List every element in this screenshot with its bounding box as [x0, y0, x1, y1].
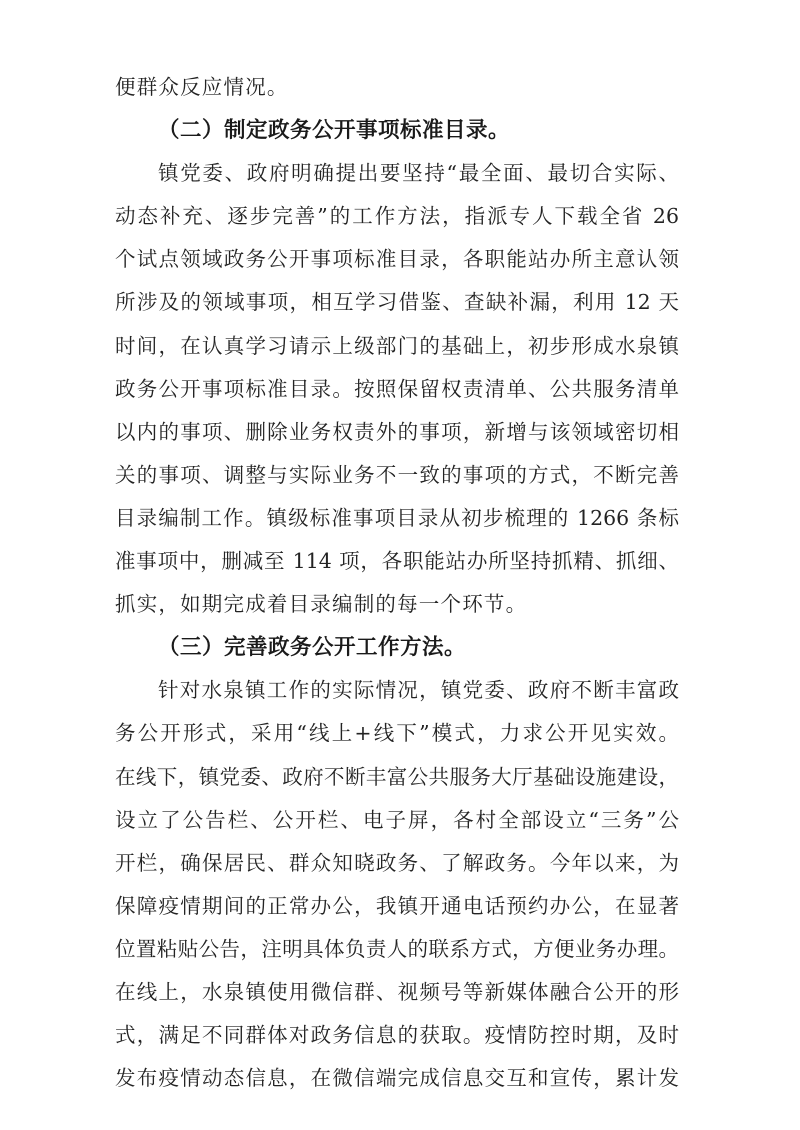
body-line: 位置粘贴公告，注明具体负责人的联系方式，方便业务办理。 [115, 928, 679, 971]
body-line: 便群众反应情况。 [115, 66, 679, 109]
body-line: 开栏，确保居民、群众知晓政务、了解政务。今年以来，为 [115, 842, 679, 885]
body-line: 目录编制工作。镇级标准事项目录从初步梳理的 1266 条标 [115, 497, 679, 540]
body-line: 关的事项、调整与实际业务不一致的事项的方式，不断完善 [115, 454, 679, 497]
body-line: 发布疫情动态信息，在微信端完成信息交互和宣传，累计发 [115, 1057, 679, 1100]
body-line: 保障疫情期间的正常办公，我镇开通电话预约办公，在显著 [115, 885, 679, 928]
text-block: 便群众反应情况。（二）制定政务公开事项标准目录。镇党委、政府明确提出要坚持“最全… [115, 66, 679, 1100]
body-line: 在线上，水泉镇使用微信群、视频号等新媒体融合公开的形 [115, 971, 679, 1014]
body-line: 动态补充、逐步完善”的工作方法，指派专人下载全省 26 [115, 195, 679, 238]
document-page: 便群众反应情况。（二）制定政务公开事项标准目录。镇党委、政府明确提出要坚持“最全… [0, 0, 800, 1130]
body-line: 镇党委、政府明确提出要坚持“最全面、最切合实际、 [115, 152, 679, 195]
body-line: 时间，在认真学习请示上级部门的基础上，初步形成水泉镇 [115, 325, 679, 368]
body-line: 在线下，镇党委、政府不断丰富公共服务大厅基础设施建设， [115, 756, 679, 799]
body-line: 以内的事项、删除业务权责外的事项，新增与该领域密切相 [115, 411, 679, 454]
body-line: 设立了公告栏、公开栏、电子屏，各村全部设立“三务”公 [115, 799, 679, 842]
body-line: 抓实，如期完成着目录编制的每一个环节。 [115, 583, 679, 626]
body-line: 政务公开事项标准目录。按照保留权责清单、公共服务清单 [115, 368, 679, 411]
body-line: 针对水泉镇工作的实际情况，镇党委、政府不断丰富政 [115, 669, 679, 712]
body-line: 准事项中，删减至 114 项，各职能站办所坚持抓精、抓细、 [115, 540, 679, 583]
section-heading: （二）制定政务公开事项标准目录。 [115, 109, 679, 152]
body-line: 所涉及的领域事项，相互学习借鉴、查缺补漏，利用 12 天 [115, 281, 679, 324]
section-heading: （三）完善政务公开工作方法。 [115, 626, 679, 669]
body-line: 务公开形式，采用“线上+线下”模式，力求公开见实效。 [115, 712, 679, 755]
body-line: 式，满足不同群体对政务信息的获取。疫情防控时期，及时 [115, 1014, 679, 1057]
body-line: 个试点领域政务公开事项标准目录，各职能站办所主意认领 [115, 238, 679, 281]
